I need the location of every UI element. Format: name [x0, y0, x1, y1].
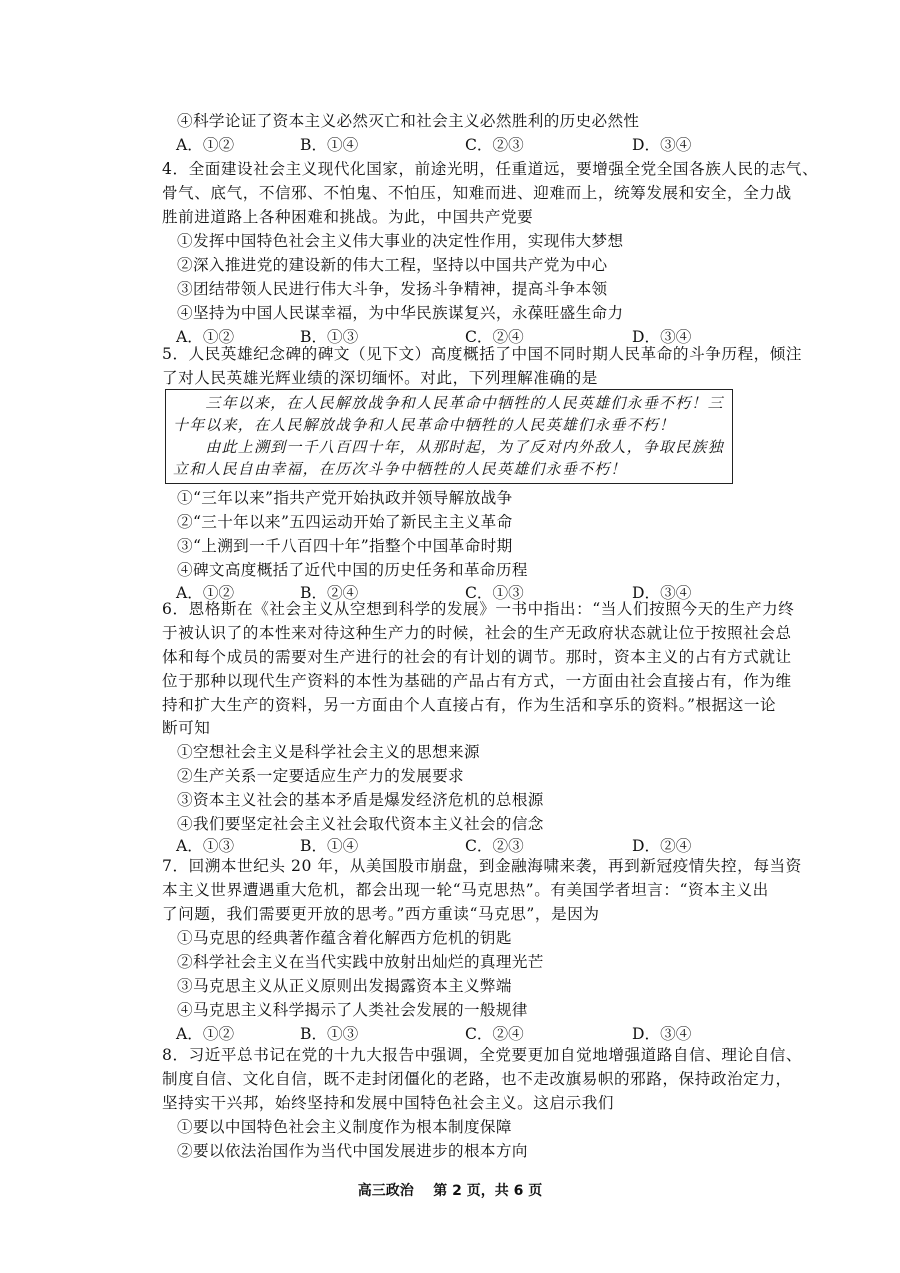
- q6-stem-line: 断可知: [162, 716, 772, 740]
- q8-stem-line: 8．习近平总书记在党的十九大报告中强调，全党要更加自觉地增强道路自信、理论自信、: [162, 1043, 772, 1067]
- q7-stem-line: 了问题，我们需要更开放的思考。”西方重读“马克思”，是因为: [162, 902, 772, 926]
- q8-item-1: ①要以中国特色社会主义制度作为根本制度保障: [177, 1115, 787, 1139]
- q5-item-2: ②“三十年以来”五四运动开始了新民主主义革命: [177, 510, 787, 534]
- q5-stem-line: 了对人民英雄光辉业绩的深切缅怀。对此，下列理解准确的是: [162, 366, 772, 390]
- q4-item-2: ②深入推进党的建设新的伟大工程，坚持以中国共产党为中心: [177, 253, 787, 277]
- q4-item-3: ③团结带领人民进行伟大斗争，发扬斗争精神，提高斗争本领: [177, 277, 787, 301]
- q4-stem-line: 骨气、底气，不信邪、不怕鬼、不怕压，知难而进、迎难而上，统筹发展和安全，全力战: [162, 181, 772, 205]
- q8-stem-line: 制度自信、文化自信，既不走封闭僵化的老路，也不走改旗易帜的邪路，保持政治定力，: [162, 1067, 772, 1091]
- q6-item-1: ①空想社会主义是科学社会主义的思想来源: [177, 740, 787, 764]
- page-footer: 高三政治 第 2 页，共 6 页: [0, 1180, 900, 1200]
- quote-line: 由此上溯到一千八百四十年，从那时起，为了反对内外敌人，争取民族独: [173, 436, 724, 458]
- q6-item-2: ②生产关系一定要适应生产力的发展要求: [177, 764, 787, 788]
- q6-stem-line: 6．恩格斯在《社会主义从空想到科学的发展》一书中指出：“当人们按照今天的生产力终: [162, 597, 772, 621]
- q6-stem-line: 位于那种以现代生产资料的本性为基础的产品占有方式，一方面由社会直接占有，作为维: [162, 669, 772, 693]
- q5-item-3: ③“上溯到一千八百四十年”指整个中国革命时期: [177, 534, 787, 558]
- q7-stem-line: 本主义世界遭遇重大危机，都会出现一轮“马克思热”。有美国学者坦言：“资本主义出: [162, 878, 772, 902]
- q6-item-3: ③资本主义社会的基本矛盾是爆发经济危机的总根源: [177, 788, 787, 812]
- q7-item-3: ③马克思主义从正义原则出发揭露资本主义弊端: [177, 974, 787, 998]
- q3-option-c: C．②③: [465, 133, 524, 157]
- q5-stem-line: 5．人民英雄纪念碑的碑文（见下文）高度概括了中国不同时期人民革命的斗争历程，倾注: [162, 342, 772, 366]
- footer-subject: 高三政治: [358, 1183, 414, 1199]
- q5-item-4: ④碑文高度概括了近代中国的历史任务和革命历程: [177, 558, 787, 582]
- exam-page: ④科学论证了资本主义必然灭亡和社会主义必然胜利的历史必然性 A．①② B．①④ …: [0, 0, 900, 1273]
- q7-item-2: ②科学社会主义在当代实践中放射出灿烂的真理光芒: [177, 950, 787, 974]
- q5-item-1: ①“三年以来”指共产党开始执政并领导解放战争: [177, 486, 787, 510]
- q4-stem-line: 4．全面建设社会主义现代化国家，前途光明，任重道远，要增强全党全国各族人民的志气…: [162, 157, 772, 181]
- q4-stem-line: 胜前进道路上各种困难和挑战。为此，中国共产党要: [162, 205, 772, 229]
- q8-item-2: ②要以依法治国作为当代中国发展进步的根本方向: [177, 1139, 787, 1163]
- q6-stem-line: 持和扩大生产的资料，另一方面由个人直接占有，作为生活和享乐的资料。”根据这一论: [162, 693, 772, 717]
- q3-option-a: A．①②: [176, 133, 234, 157]
- quote-line: 十年以来，在人民解放战争和人民革命中牺牲的人民英雄们永垂不朽！: [173, 414, 675, 436]
- q4-item-1: ①发挥中国特色社会主义伟大事业的决定性作用，实现伟大梦想: [177, 229, 787, 253]
- q7-item-4: ④马克思主义科学揭示了人类社会发展的一般规律: [177, 998, 787, 1022]
- quote-line: 三年以来，在人民解放战争和人民革命中牺牲的人民英雄们永垂不朽！三: [173, 392, 724, 414]
- footer-page-info: 第 2 页，共 6 页: [433, 1183, 542, 1199]
- inscription-quote-box: 三年以来，在人民解放战争和人民革命中牺牲的人民英雄们永垂不朽！三 十年以来，在人…: [165, 389, 733, 484]
- q6-stem-line: 于被认识了的本性来对待这种生产力的时候，社会的生产无政府状态就让位于按照社会总: [162, 621, 772, 645]
- q7-item-1: ①马克思的经典著作蕴含着化解西方危机的钥匙: [177, 926, 787, 950]
- q6-stem-line: 体和每个成员的需要对生产进行的社会的有计划的调节。那时，资本主义的占有方式就让: [162, 645, 772, 669]
- q4-item-4: ④坚持为中国人民谋幸福，为中华民族谋复兴，永葆旺盛生命力: [177, 301, 787, 325]
- q3-option-d: D．③④: [632, 133, 691, 157]
- q8-stem-line: 坚持实干兴邦，始终坚持和发展中国特色社会主义。这启示我们: [162, 1091, 772, 1115]
- q3-option-b: B．①④: [300, 133, 358, 157]
- q7-stem-line: 7．回溯本世纪头 20 年，从美国股市崩盘，到金融海啸来袭，再到新冠疫情失控，每…: [162, 854, 772, 878]
- q3-item-4: ④科学论证了资本主义必然灭亡和社会主义必然胜利的历史必然性: [177, 109, 787, 133]
- q6-item-4: ④我们要坚定社会主义社会取代资本主义社会的信念: [177, 812, 787, 836]
- quote-line: 立和人民自由幸福，在历次斗争中牺牲的人民英雄们永垂不朽！: [173, 458, 627, 480]
